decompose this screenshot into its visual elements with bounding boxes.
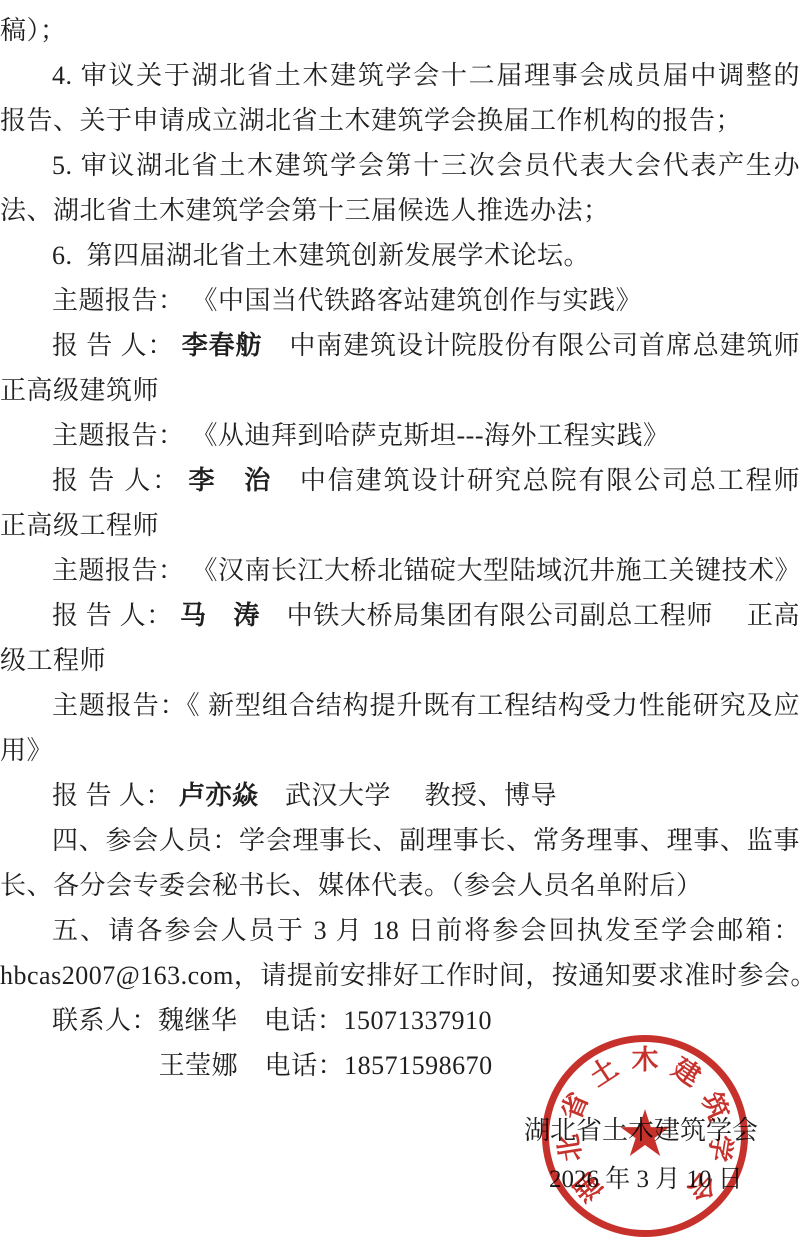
seal-char: 北 [554,1132,586,1164]
speaker-1-line2: 正高级建筑师 [0,368,800,413]
document-text-block: 稿）； 4. 审议关于湖北省土木建筑学会十二届理事会成员届中调整的 报告、关于申… [0,8,800,1088]
agenda-item-6: 6. 第四届湖北省土木建筑创新发展学术论坛。 [0,233,800,278]
speaker-label: 报 告 人： [52,466,189,495]
speaker-1-name: 李春舫 [182,331,263,360]
attendees-line1: 四、参会人员：学会理事长、副理事长、常务理事、理事、监事 [0,818,800,863]
speaker-2-line2: 正高级工程师 [0,503,800,548]
keynote-title-4-line1: 主题报告：《 新型组合结构提升既有工程结构受力性能研究及应 [0,683,800,728]
document-page: 稿）； 4. 审议关于湖北省土木建筑学会十二届理事会成员届中调整的 报告、关于申… [0,0,800,1248]
speaker-3-line2: 级工程师 [0,638,800,683]
keynote-title-2: 主题报告： 《从迪拜到哈萨克斯坦---海外工程实践》 [0,413,800,458]
rsvp-line2-email: hbcas2007@163.com，请提前安排好工作时间，按通知要求准时参会。 [0,953,800,998]
rsvp-line1: 五、请各参会人员于 3 月 18 日前将参会回执发至学会邮箱： [0,908,800,953]
seal-char: 木 [631,1046,659,1074]
agenda-item-5-line1: 5. 审议湖北省土木建筑学会第十三次会员代表大会代表产生办 [0,143,800,188]
speaker-1-line1: 报 告 人： 李春舫 中南建筑设计院股份有限公司首席总建筑师 [0,323,800,368]
keynote-title-4-line2: 用》 [0,728,800,773]
speaker-4-line: 报 告 人： 卢亦焱 武汉大学 教授、博导 [0,773,800,818]
speaker-2-line1: 报 告 人： 李 治 中信建筑设计研究总院有限公司总工程师 [0,458,800,503]
agenda-item-5-line2: 法、湖北省土木建筑学会第十三届候选人推选办法； [0,188,800,233]
attendees-line2: 长、各分会专委会秘书长、媒体代表。（参会人员名单附后） [0,863,800,908]
speaker-1-affiliation: 中南建筑设计院股份有限公司首席总建筑师 [262,331,800,360]
speaker-3-name: 马 涛 [180,601,260,630]
keynote-title-1: 主题报告： 《中国当代铁路客站建筑创作与实践》 [0,278,800,323]
red-star-icon [618,1106,672,1162]
speaker-3-line1: 报 告 人： 马 涛 中铁大桥局集团有限公司副总工程师 正高 [0,593,800,638]
carryover-line: 稿）； [0,8,800,53]
speaker-3-affiliation: 中铁大桥局集团有限公司副总工程师 正高 [260,601,800,630]
speaker-label: 报 告 人： [52,601,180,630]
speaker-4-affiliation: 武汉大学 教授、博导 [259,781,558,810]
speaker-2-affiliation: 中信建筑设计研究总院有限公司总工程师 [272,466,800,495]
agenda-item-4-line1: 4. 审议关于湖北省土木建筑学会十二届理事会成员届中调整的 [0,53,800,98]
official-seal: 湖 北 省 土 木 建 筑 学 会 [542,1035,748,1237]
seal-char: 学 [704,1132,736,1164]
speaker-label: 报 告 人： [52,781,179,810]
speaker-label: 报 告 人： [52,331,182,360]
agenda-item-4-line2: 报告、关于申请成立湖北省土木建筑学会换届工作机构的报告； [0,98,800,143]
speaker-4-name: 卢亦焱 [179,781,259,810]
keynote-title-3: 主题报告： 《汉南长江大桥北锚碇大型陆域沉井施工关键技术》 [0,548,800,593]
speaker-2-name: 李 治 [189,466,273,495]
